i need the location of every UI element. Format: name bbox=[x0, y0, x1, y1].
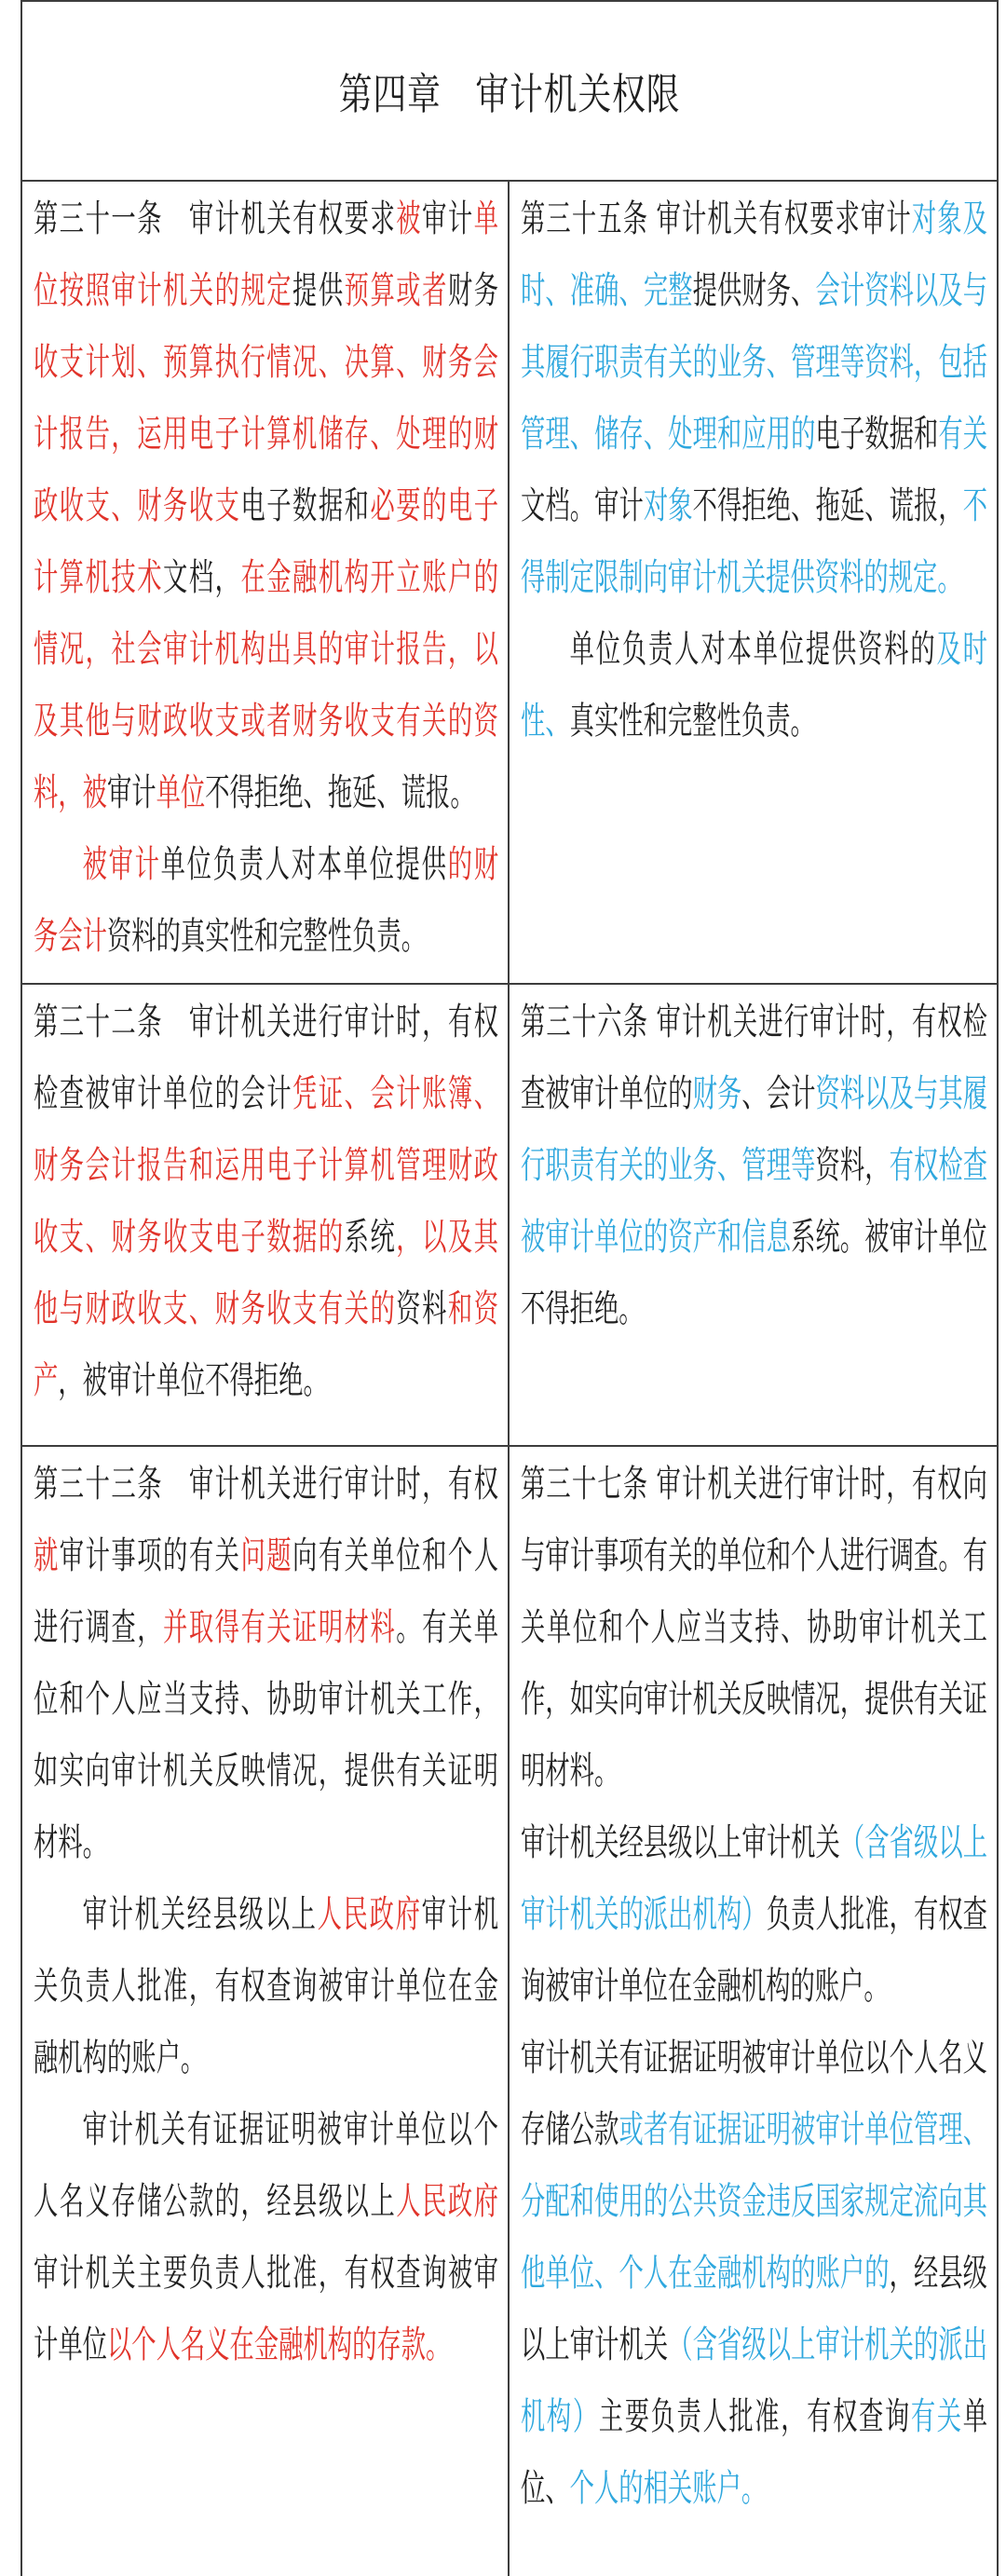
unchanged-text: 第三十一条 审计机关有权要求 bbox=[34, 198, 396, 239]
unchanged-text: 审计机关经县级以上审计机关 bbox=[521, 1822, 840, 1863]
document: 第四章 审计机关权限 第三十一条 审计机关有权要求被审计单位按照审计机关的规定提… bbox=[0, 0, 1006, 2576]
table-row-articles-31-35: 第三十一条 审计机关有权要求被审计单位按照审计机关的规定提供预算或者财务收支计划… bbox=[22, 182, 997, 985]
cell-text-article-35: 第三十五条 审计机关有权要求审计对象及时、准确、完整提供财务、会计资料以及与其履… bbox=[521, 184, 987, 757]
unchanged-text: 真实性和完整性负责。 bbox=[570, 701, 815, 742]
unchanged-text: 电子数据和 bbox=[815, 414, 938, 455]
deleted-text: 被审计 bbox=[83, 844, 161, 885]
deleted-text: 就 bbox=[34, 1535, 60, 1576]
unchanged-text: 资料， bbox=[815, 1145, 889, 1186]
paragraph: 第三十七条 审计机关进行审计时，有权向与审计事项有关的单位和个人进行调查。有关单… bbox=[521, 1449, 987, 1807]
unchanged-text: 不得拒绝、拖延、谎报， bbox=[693, 485, 963, 526]
paragraph: 审计机关有证据证明被审计单位以个人名义存储公款或者有证据证明被审计单位管理、分配… bbox=[521, 2023, 987, 2525]
comparison-table: 第四章 审计机关权限 第三十一条 审计机关有权要求被审计单位按照审计机关的规定提… bbox=[20, 0, 999, 2576]
unchanged-text: 主要负责人批准，有权查询 bbox=[599, 2396, 911, 2437]
unchanged-text: 第三十七条 审计机关进行审计时，有权向与审计事项有关的单位和个人进行调查。有关单… bbox=[521, 1464, 987, 1792]
unchanged-text: 、会计 bbox=[741, 1073, 815, 1114]
unchanged-text: 审计机关经县级以上 bbox=[83, 1894, 318, 1935]
unchanged-text: 资料 bbox=[396, 1288, 448, 1329]
added-text: 个人的相关账户。 bbox=[570, 2468, 767, 2509]
cell-article-35-new: 第三十五条 审计机关有权要求审计对象及时、准确、完整提供财务、会计资料以及与其履… bbox=[510, 182, 997, 983]
unchanged-text: 系统 bbox=[345, 1217, 397, 1258]
cell-text-article-31: 第三十一条 审计机关有权要求被审计单位按照审计机关的规定提供预算或者财务收支计划… bbox=[34, 184, 498, 973]
added-text: 财务 bbox=[693, 1073, 742, 1114]
unchanged-text: 文档。审计 bbox=[521, 485, 644, 526]
unchanged-text: 单位负责人对本单位提供 bbox=[161, 844, 448, 885]
unchanged-text: 第三十五条 审计机关有权要求审计 bbox=[521, 198, 912, 239]
chapter-title: 第四章 审计机关权限 bbox=[339, 61, 681, 122]
cell-article-37-new: 第三十七条 审计机关进行审计时，有权向与审计事项有关的单位和个人进行调查。有关单… bbox=[510, 1447, 997, 2576]
deleted-text: 并取得有关证明材料 bbox=[163, 1607, 396, 1648]
unchanged-text: 审计事项的有关 bbox=[60, 1535, 241, 1576]
paragraph: 审计机关经县级以上人民政府审计机关负责人批准，有权查询被审计单位在金融机构的账户… bbox=[34, 1879, 498, 2094]
table-row-articles-33-37: 第三十三条 审计机关进行审计时，有权就审计事项的有关问题向有关单位和个人进行调查… bbox=[22, 1447, 997, 2576]
unchanged-text: 电子数据和 bbox=[240, 485, 370, 526]
deleted-text: 单位 bbox=[156, 772, 206, 813]
unchanged-text: 单位负责人对本单位提供资料的 bbox=[570, 629, 937, 670]
added-text: 对象 bbox=[644, 485, 693, 526]
chapter-title-row: 第四章 审计机关权限 bbox=[22, 2, 997, 182]
unchanged-text: 第三十三条 审计机关进行审计时，有权 bbox=[34, 1464, 498, 1505]
cell-text-article-36: 第三十六条 审计机关进行审计时，有权检查被审计单位的财务、会计资料以及与其履行职… bbox=[521, 987, 987, 1345]
cell-text-article-32: 第三十二条 审计机关进行审计时，有权检查被审计单位的会计凭证、会计账簿、财务会计… bbox=[34, 987, 498, 1417]
deleted-text: 被 bbox=[396, 198, 422, 239]
paragraph: 第三十三条 审计机关进行审计时，有权就审计事项的有关问题向有关单位和个人进行调查… bbox=[34, 1449, 498, 1879]
deleted-text: 问题 bbox=[240, 1535, 292, 1576]
unchanged-text: 提供财务、 bbox=[693, 270, 816, 311]
added-text: 有关 bbox=[911, 2396, 963, 2437]
paragraph: 单位负责人对本单位提供资料的及时性、真实性和完整性负责。 bbox=[521, 614, 987, 757]
paragraph: 第三十五条 审计机关有权要求审计对象及时、准确、完整提供财务、会计资料以及与其履… bbox=[521, 184, 987, 614]
cell-article-33-old: 第三十三条 审计机关进行审计时，有权就审计事项的有关问题向有关单位和个人进行调查… bbox=[22, 1447, 510, 2576]
unchanged-text: 提供 bbox=[292, 270, 345, 311]
unchanged-text: 审计 bbox=[107, 772, 156, 813]
cell-article-31-old: 第三十一条 审计机关有权要求被审计单位按照审计机关的规定提供预算或者财务收支计划… bbox=[22, 182, 510, 983]
cell-article-32-old: 第三十二条 审计机关进行审计时，有权检查被审计单位的会计凭证、会计账簿、财务会计… bbox=[22, 985, 510, 1445]
deleted-text: 以个人名义在金融机构的存款。 bbox=[107, 2324, 450, 2365]
deleted-text: 人民政府 bbox=[396, 2181, 498, 2222]
deleted-text: 人民政府 bbox=[318, 1894, 422, 1935]
paragraph: 第三十一条 审计机关有权要求被审计单位按照审计机关的规定提供预算或者财务收支计划… bbox=[34, 184, 498, 829]
paragraph: 第三十二条 审计机关进行审计时，有权检查被审计单位的会计凭证、会计账簿、财务会计… bbox=[34, 987, 498, 1417]
unchanged-text: 审计 bbox=[422, 198, 474, 239]
unchanged-text: 资料的真实性和完整性负责。 bbox=[107, 916, 426, 957]
unchanged-text: 财务 bbox=[448, 270, 498, 311]
added-text: 有关 bbox=[938, 414, 987, 455]
cell-text-article-37: 第三十七条 审计机关进行审计时，有权向与审计事项有关的单位和个人进行调查。有关单… bbox=[521, 1449, 987, 2525]
paragraph: 审计机关经县级以上审计机关（含省级以上审计机关的派出机构）负责人批准，有权查询被… bbox=[521, 1807, 987, 2023]
paragraph: 审计机关有证据证明被审计单位以个人名义存储公款的，经县级以上人民政府审计机关主要… bbox=[34, 2094, 498, 2381]
unchanged-text: 不得拒绝、拖延、谎报。 bbox=[205, 772, 474, 813]
paragraph: 被审计单位负责人对本单位提供的财务会计资料的真实性和完整性负责。 bbox=[34, 829, 498, 973]
deleted-text: 预算或者 bbox=[345, 270, 448, 311]
cell-article-36-new: 第三十六条 审计机关进行审计时，有权检查被审计单位的财务、会计资料以及与其履行职… bbox=[510, 985, 997, 1445]
unchanged-text: ，被审计单位不得拒绝。 bbox=[58, 1360, 327, 1401]
table-row-articles-32-36: 第三十二条 审计机关进行审计时，有权检查被审计单位的会计凭证、会计账簿、财务会计… bbox=[22, 985, 997, 1447]
unchanged-text: 文档， bbox=[163, 557, 240, 598]
paragraph: 第三十六条 审计机关进行审计时，有权检查被审计单位的财务、会计资料以及与其履行职… bbox=[521, 987, 987, 1345]
cell-text-article-33: 第三十三条 审计机关进行审计时，有权就审计事项的有关问题向有关单位和个人进行调查… bbox=[34, 1449, 498, 2381]
